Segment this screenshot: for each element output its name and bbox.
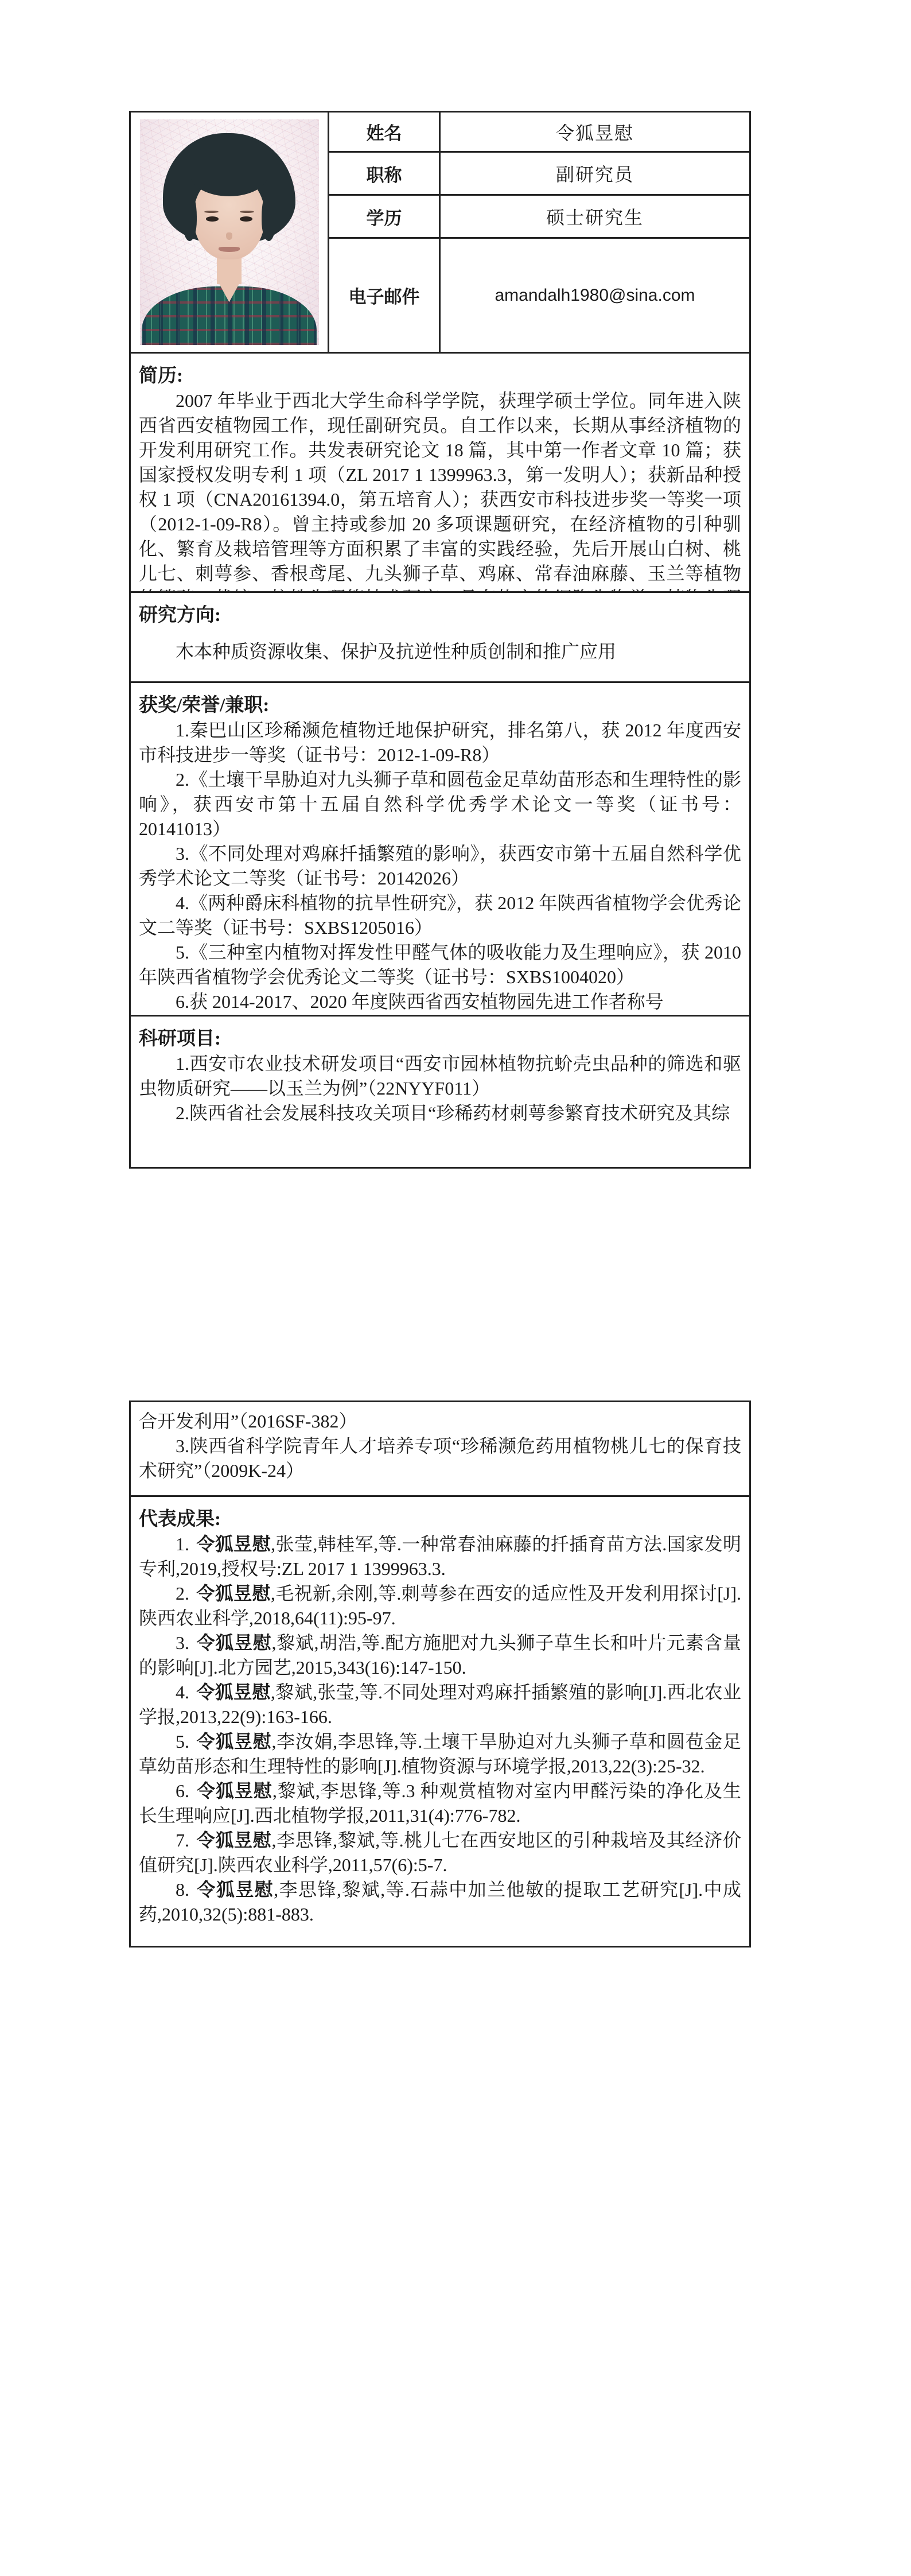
achievements-title: 代表成果: [139,1504,741,1531]
award-item: 5.《三种室内植物对挥发性甲醛气体的吸收能力及生理响应》，获 2010 年陕西省… [139,940,741,990]
achievement-number: 7. [176,1830,189,1850]
section-achievements: 代表成果: 1.令狐昱慰,张莹,韩桂军,等.一种常春油麻藤的扦插育苗方法.国家发… [131,1495,749,1946]
field-value-name: 令狐昱慰 [439,112,749,151]
award-item: 4.《两种爵床科植物的抗旱性研究》，获 2012 年陕西省植物学会优秀论文二等奖… [139,891,741,940]
photo-hair-right [262,192,276,241]
author-name: 令狐昱慰 [196,1632,271,1653]
award-item: 6.获 2014-2017、2020 年度陕西省西安植物园先进工作者称号 [139,990,741,1014]
award-item: 2.《土壤干旱胁迫对九头狮子草和圆苞金足草幼苗形态和生理特性的影响》，获西安市第… [139,767,741,841]
field-label-education: 学历 [328,194,439,237]
author-name: 令狐昱慰 [196,1830,271,1850]
field-label-email: 电子邮件 [328,237,439,352]
achievement-number: 1. [176,1534,189,1554]
achievement-item: 3.令狐昱慰,黎斌,胡浩,等.配方施肥对九头狮子草生长和叶片元素含量的影响[J]… [139,1631,741,1680]
profile-table: 姓名 令狐昱慰 职称 副研究员 学历 硕士研究生 电子邮件 amandalh19… [131,112,749,352]
section-research-direction: 研究方向: 木本种质资源收集、保护及抗逆性种质创制和推广应用 [131,591,749,681]
portrait-photo [140,119,319,345]
achievement-number: 6. [176,1780,189,1801]
document-page: { "profile": { "photo": { "description":… [0,0,911,2576]
achievement-item: 7.令狐昱慰,李思锋,黎斌,等.桃儿七在西安地区的引种栽培及其经济价值研究[J]… [139,1828,741,1877]
achievement-number: 2. [176,1583,189,1604]
field-value-title: 副研究员 [439,151,749,194]
project-item: 1.西安市农业技术研发项目“西安市园林植物抗蚧壳虫品种的筛选和驱虫物质研究——以… [139,1052,741,1101]
section-projects-continued: 合开发利用”（2016SF-382） 3.陕西省科学院青年人才培养专项“珍稀濒危… [131,1402,749,1495]
page-2: 合开发利用”（2016SF-382） 3.陕西省科学院青年人才培养专项“珍稀濒危… [129,1400,751,1947]
field-label-title: 职称 [328,151,439,194]
achievement-item: 4.令狐昱慰,黎斌,张莹,等.不同处理对鸡麻扦插繁殖的影响[J].西北农业学报,… [139,1680,741,1729]
field-label-name: 姓名 [328,112,439,151]
author-name: 令狐昱慰 [196,1682,271,1702]
resume-title: 简历: [139,360,741,387]
achievement-item: 2.令狐昱慰,毛祝新,余刚,等.刺萼参在西安的适应性及开发利用探讨[J].陕西农… [139,1581,741,1631]
author-name: 令狐昱慰 [196,1534,271,1554]
research-direction-title: 研究方向: [139,600,741,627]
award-item: 1.秦巴山区珍稀濒危植物迁地保护研究，排名第八，获 2012 年度西安市科技进步… [139,718,741,767]
research-direction-body: 木本种质资源收集、保护及抗逆性种质创制和推广应用 [139,639,741,664]
page-1: 姓名 令狐昱慰 职称 副研究员 学历 硕士研究生 电子邮件 amandalh19… [129,111,751,1169]
achievement-number: 8. [176,1879,189,1900]
author-name: 令狐昱慰 [196,1780,272,1801]
field-value-email: amandalh1980@sina.com [439,237,749,352]
section-projects: 科研项目: 1.西安市农业技术研发项目“西安市园林植物抗蚧壳虫品种的筛选和驱虫物… [131,1015,749,1167]
field-value-education: 硕士研究生 [439,194,749,237]
achievement-number: 4. [176,1682,189,1702]
photo-cell [131,112,328,352]
projects-title: 科研项目: [139,1023,741,1050]
awards-title: 获奖/荣誉/兼职: [139,690,741,717]
photo-eye-right [240,216,252,222]
section-awards: 获奖/荣誉/兼职: 1.秦巴山区珍稀濒危植物迁地保护研究，排名第八，获 2012… [131,681,749,1015]
author-name: 令狐昱慰 [196,1731,271,1752]
award-item: 3.《不同处理对鸡麻扦插繁殖的影响》，获西安市第十五届自然科学优秀学术论文二等奖… [139,841,741,891]
project-item-split-continuation: 合开发利用”（2016SF-382） [139,1409,741,1434]
project-item: 3.陕西省科学院青年人才培养专项“珍稀濒危药用植物桃儿七的保育技术研究”（200… [139,1434,741,1483]
photo-hair-left [182,192,197,241]
author-name: 令狐昱慰 [196,1879,274,1900]
achievement-number: 3. [176,1632,189,1653]
achievement-number: 5. [176,1731,189,1752]
section-resume: 简历: 2007 年毕业于西北大学生命科学学院，获理学硕士学位。同年进入陕西省西… [131,352,749,591]
achievement-item: 1.令狐昱慰,张莹,韩桂军,等.一种常春油麻藤的扦插育苗方法.国家发明专利,20… [139,1532,741,1581]
photo-eye-left [206,216,219,222]
project-item-split-first-part: 2.陕西省社会发展科技攻关项目“珍稀药材刺萼参繁育技术研究及其综 [139,1101,741,1126]
achievement-item: 6.令狐昱慰,黎斌,李思锋,等.3 种观赏植物对室内甲醛污染的净化及生长生理响应… [139,1779,741,1828]
achievement-item: 5.令狐昱慰,李汝娟,李思锋,等.土壤干旱胁迫对九头狮子草和圆苞金足草幼苗形态和… [139,1729,741,1779]
achievement-item: 8.令狐昱慰,李思锋,黎斌,等.石蒜中加兰他敏的提取工艺研究[J].中成药,20… [139,1877,741,1927]
author-name: 令狐昱慰 [196,1583,271,1604]
resume-paragraph: 2007 年毕业于西北大学生命科学学院，获理学硕士学位。同年进入陕西省西安植物园… [139,389,741,591]
